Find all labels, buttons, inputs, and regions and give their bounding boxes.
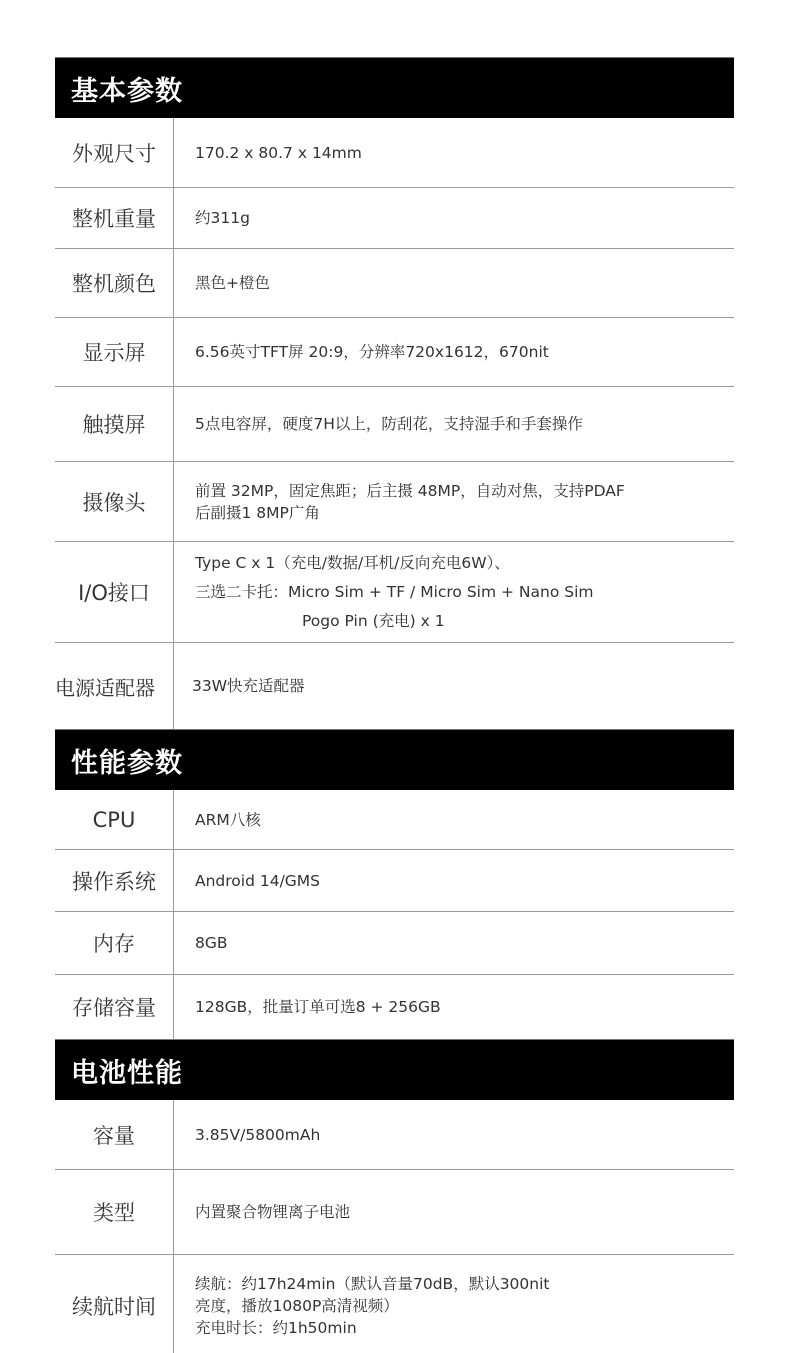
spec-value: 约311g [174,188,734,248]
spec-row-adapter: 电源适配器 33W快充适配器 [55,643,734,729]
spec-label: 电源适配器 [55,643,174,729]
spec-sheet: 基本参数 外观尺寸 170.2 x 80.7 x 14mm 整机重量 约311g… [55,57,734,1353]
spec-value: 33W快充适配器 [174,643,734,729]
spec-row-io: I/O接口 Type C x 1（充电/数据/耳机/反向充电6W）、 三选二卡托… [55,542,734,643]
spec-label: 整机重量 [55,188,174,248]
spec-value: 170.2 x 80.7 x 14mm [174,118,734,187]
spec-label: 摄像头 [55,462,174,541]
spec-row-display: 显示屏 6.56英寸TFT屏 20:9，分辨率720x1612，670nit [55,318,734,387]
spec-label: 外观尺寸 [55,118,174,187]
spec-value: Type C x 1（充电/数据/耳机/反向充电6W）、 三选二卡托：Micro… [174,542,734,642]
spec-label: 整机颜色 [55,249,174,317]
spec-value: 前置 32MP，固定焦距；后主摄 48MP，自动对焦，支持PDAF 后副摄1 8… [174,462,734,541]
spec-value: Android 14/GMS [174,850,734,911]
section-header-battery: 电池性能 [55,1039,734,1100]
section-header-performance: 性能参数 [55,729,734,790]
spec-row-memory: 内存 8GB [55,912,734,975]
spec-value: 续航：约17h24min（默认音量70dB，默认300nit 亮度，播放1080… [174,1255,734,1353]
spec-value: 8GB [174,912,734,974]
spec-row-dimensions: 外观尺寸 170.2 x 80.7 x 14mm [55,118,734,188]
section-header-basic: 基本参数 [55,57,734,118]
spec-row-battery-life: 续航时间 续航：约17h24min（默认音量70dB，默认300nit 亮度，播… [55,1255,734,1353]
spec-label: I/O接口 [55,542,174,642]
spec-row-capacity: 容量 3.85V/5800mAh [55,1100,734,1170]
spec-row-color: 整机颜色 黑色+橙色 [55,249,734,318]
spec-label: 显示屏 [55,318,174,386]
spec-row-cpu: CPU ARM八核 [55,790,734,850]
spec-row-weight: 整机重量 约311g [55,188,734,249]
spec-label: 续航时间 [55,1255,174,1353]
spec-value: 5点电容屏，硬度7H以上，防刮花，支持湿手和手套操作 [174,387,734,461]
spec-label: 操作系统 [55,850,174,911]
spec-value: 3.85V/5800mAh [174,1100,734,1169]
spec-value: 内置聚合物锂离子电池 [174,1170,734,1254]
spec-row-battery-type: 类型 内置聚合物锂离子电池 [55,1170,734,1255]
spec-row-os: 操作系统 Android 14/GMS [55,850,734,912]
spec-label: 存储容量 [55,975,174,1039]
spec-row-touchscreen: 触摸屏 5点电容屏，硬度7H以上，防刮花，支持湿手和手套操作 [55,387,734,462]
spec-label: 触摸屏 [55,387,174,461]
spec-value: ARM八核 [174,790,734,849]
spec-value: 6.56英寸TFT屏 20:9，分辨率720x1612，670nit [174,318,734,386]
spec-label: 类型 [55,1170,174,1254]
spec-label: 内存 [55,912,174,974]
spec-row-storage: 存储容量 128GB，批量订单可选8 + 256GB [55,975,734,1039]
spec-value: 128GB，批量订单可选8 + 256GB [174,975,734,1039]
spec-label: 容量 [55,1100,174,1169]
spec-value: 黑色+橙色 [174,249,734,317]
spec-row-camera: 摄像头 前置 32MP，固定焦距；后主摄 48MP，自动对焦，支持PDAF 后副… [55,462,734,542]
spec-label: CPU [55,790,174,849]
